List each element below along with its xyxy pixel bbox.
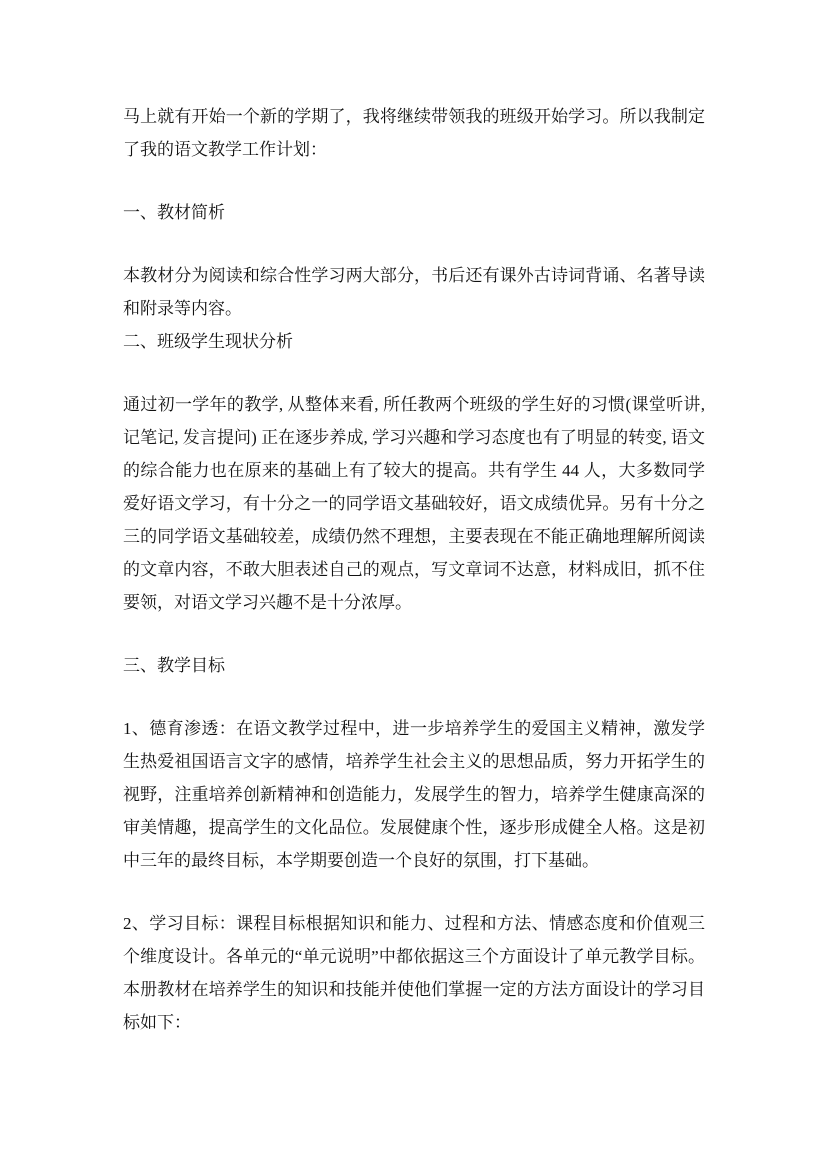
- heading-section-1-material-overview: 一、教材简析: [123, 196, 705, 229]
- paragraph-material-overview: 本教材分为阅读和综合性学习两大部分，书后还有课外古诗词背诵、名著导读和附录等内容…: [123, 259, 705, 325]
- document-page: 马上就有开始一个新的学期了，我将继续带领我的班级开始学习。所以我制定了我的语文教…: [0, 0, 827, 1169]
- paragraph-class-analysis: 通过初一学年的教学, 从整体来看, 所任教两个班级的学生好的习惯(课堂听讲, 记…: [123, 388, 705, 619]
- heading-section-2-class-analysis: 二、班级学生现状分析: [123, 325, 705, 358]
- paragraph-moral-education-goal: 1、德育渗透：在语文教学过程中，进一步培养学生的爱国主义精神，激发学生热爱祖国语…: [123, 712, 705, 877]
- heading-section-3-teaching-goals: 三、教学目标: [123, 649, 705, 682]
- paragraph-intro: 马上就有开始一个新的学期了，我将继续带领我的班级开始学习。所以我制定了我的语文教…: [123, 100, 705, 166]
- paragraph-learning-goals: 2、学习目标：课程目标根据知识和能力、过程和方法、情感态度和价值观三个维度设计。…: [123, 907, 705, 1039]
